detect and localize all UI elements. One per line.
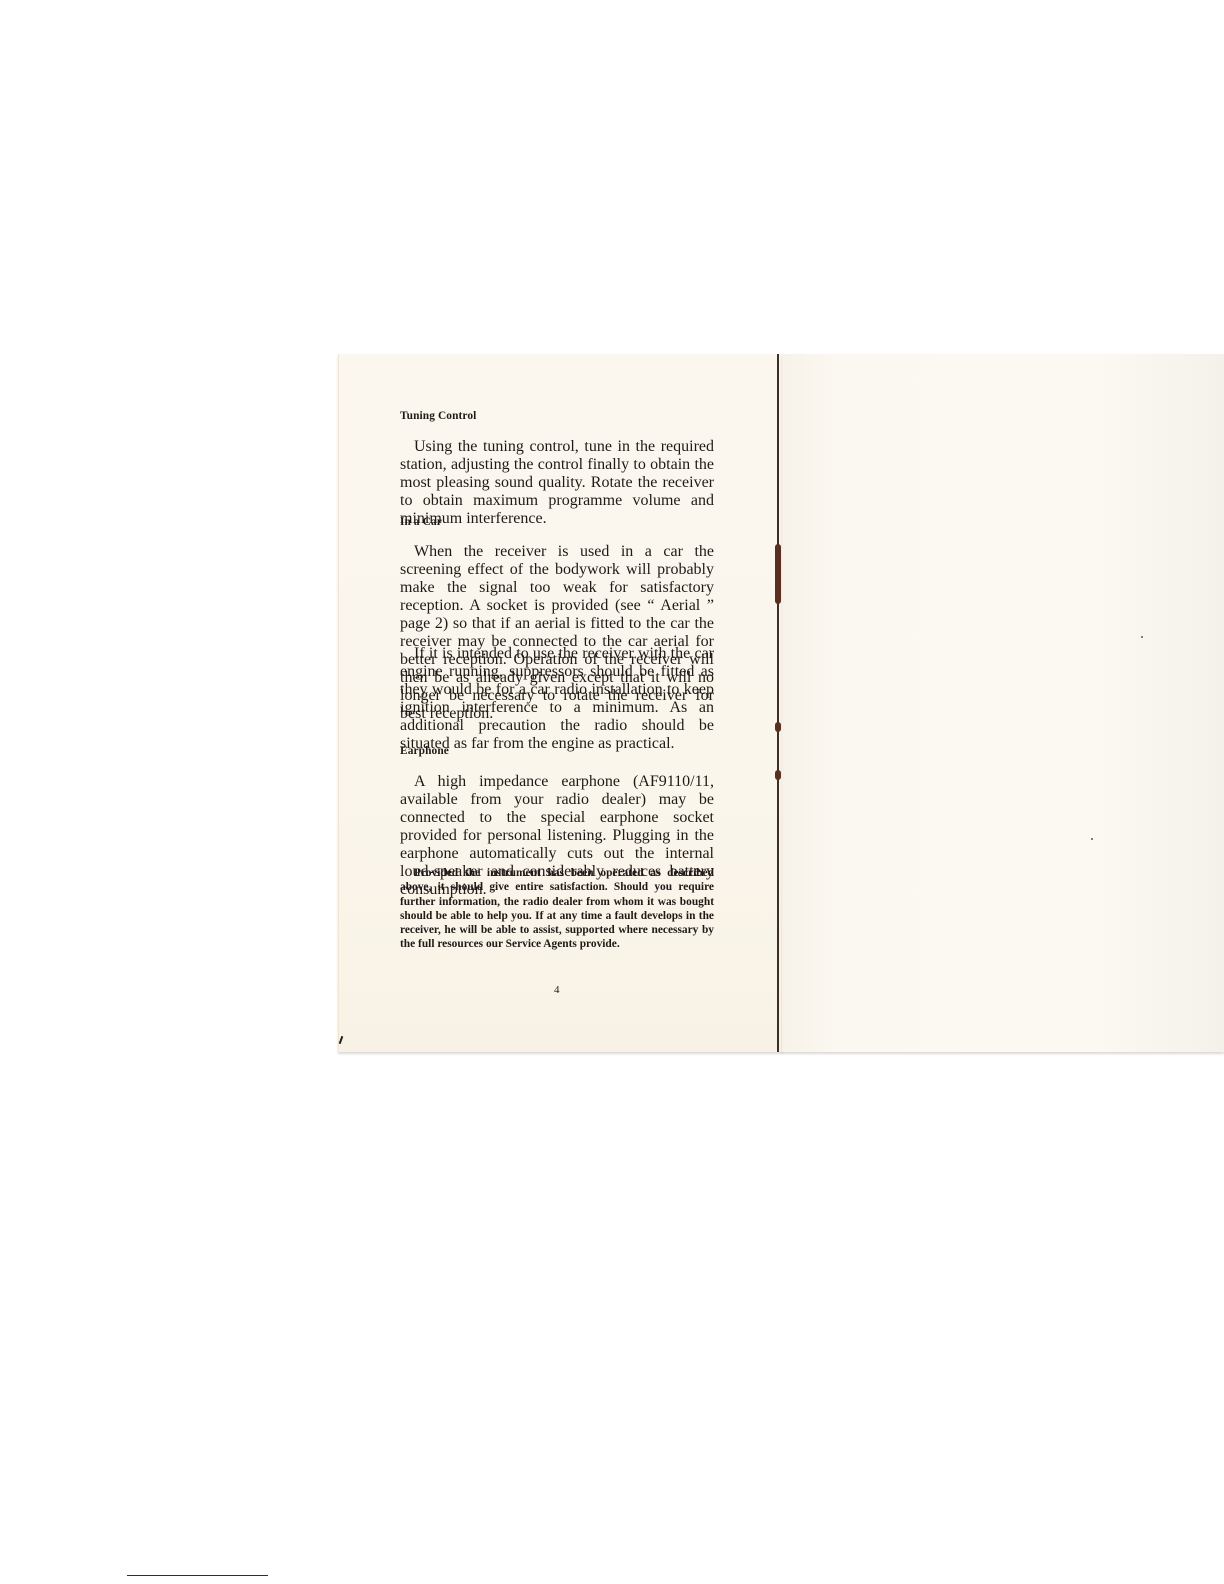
blue-underline-mark <box>127 1575 268 1576</box>
staple-mark <box>775 770 781 780</box>
paper-speck <box>1141 636 1143 638</box>
page-number: 4 <box>554 984 560 996</box>
section-heading-earphone: Earphone <box>400 745 449 757</box>
closing-note: Provided the instrument has been operate… <box>400 866 714 952</box>
staple-mark <box>775 722 781 732</box>
section-heading-tuning-control: Tuning Control <box>400 410 476 422</box>
paragraph-tuning-control: Using the tuning control, tune in the re… <box>400 438 714 528</box>
paper-speck <box>1091 838 1093 840</box>
section-heading-in-a-car: In a Car <box>400 516 442 528</box>
booklet-spine <box>777 354 779 1052</box>
staple-mark <box>775 544 781 604</box>
paragraph-in-a-car-2: If it is intended to use the receiver wi… <box>400 645 714 753</box>
right-page-blank <box>782 354 1224 1052</box>
